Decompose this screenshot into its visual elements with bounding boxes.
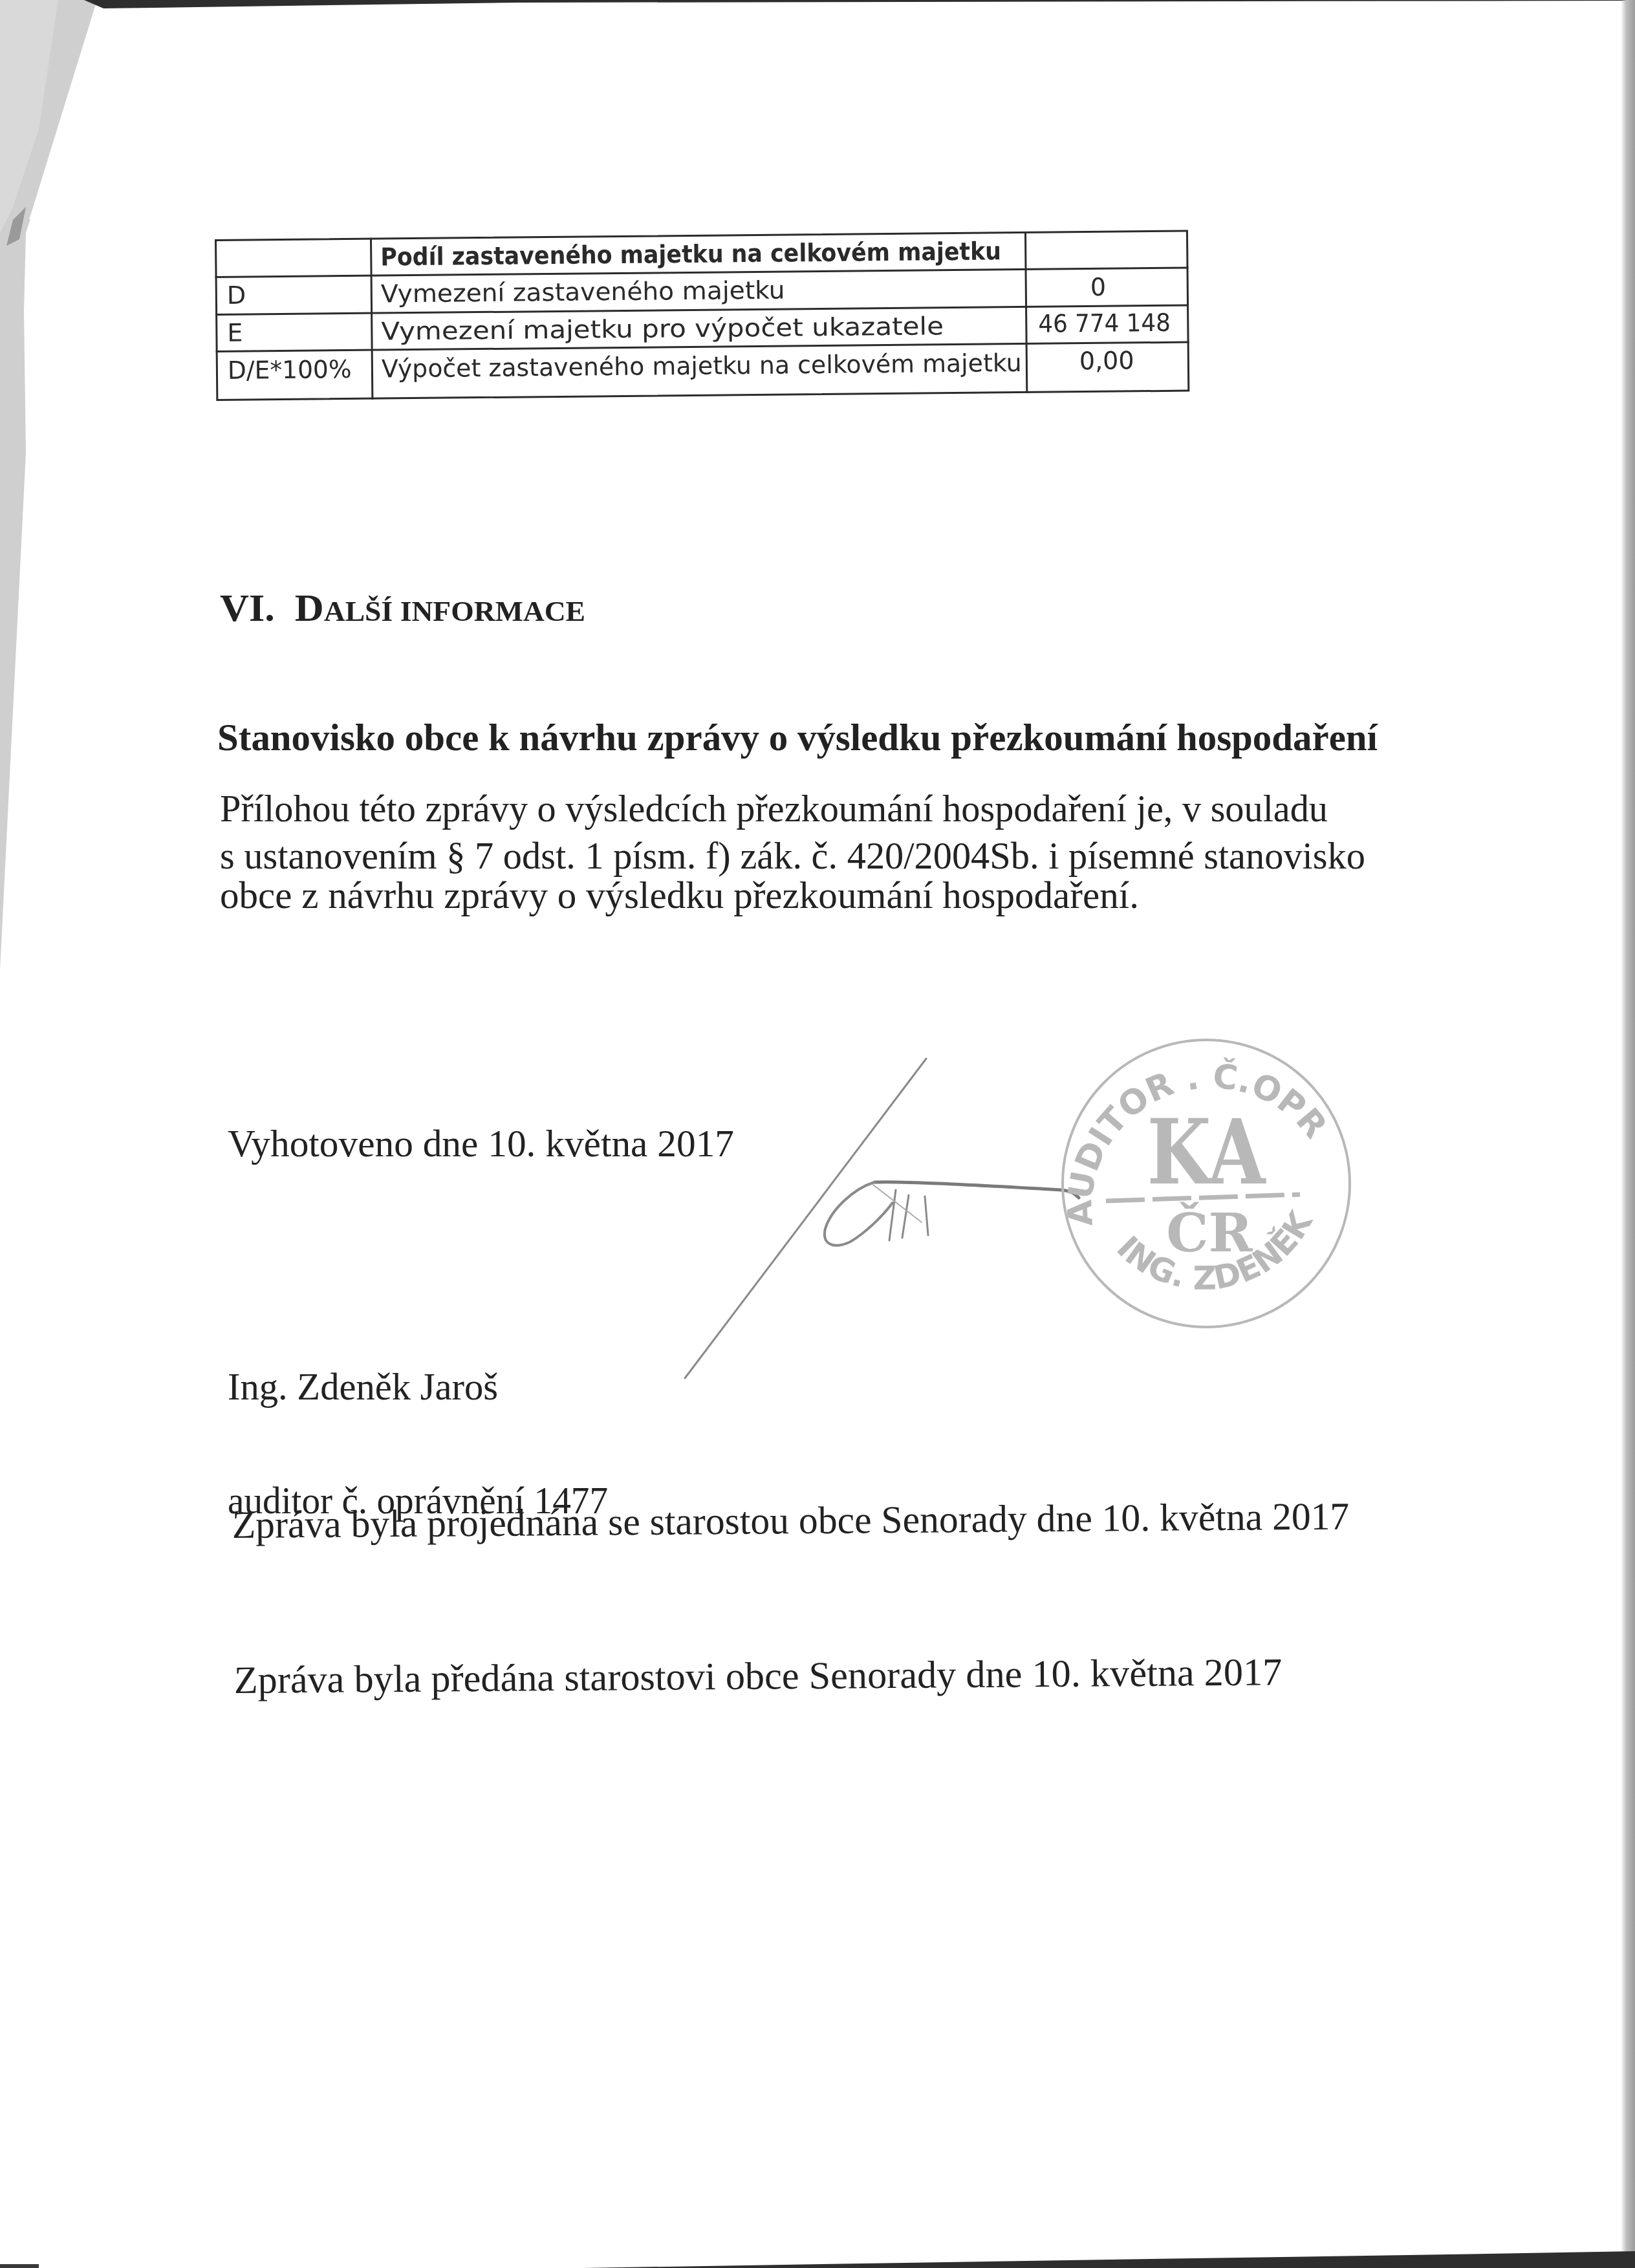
section-title-rest: ALŠÍ INFORMACE (324, 596, 585, 627)
row-code: D/E*100% (228, 357, 352, 383)
paragraph-line: Přílohou této zprávy o výsledcích přezko… (220, 789, 1328, 828)
scanned-page: Podíl zastaveného majetku na celkovém ma… (0, 0, 1635, 2268)
paragraph-line: obce z návrhu zprávy o výsledku přezkoum… (220, 876, 1139, 914)
stamp-center-bottom: ČR (1166, 1202, 1253, 1264)
auditor-name: Ing. Zdeněk Jaroš (228, 1367, 498, 1406)
prepared-date: Vyhotoveno dne 10. května 2017 (228, 1124, 734, 1163)
handover-statement: Zpráva byla předána starostovi obce Seno… (234, 1652, 1283, 1700)
auditor-stamp: AUDITOR . Č.OPRÁV.1477 ING. ZDENĚK JAROŠ… (1054, 1031, 1358, 1335)
header-label: Podíl zastaveného majetku na celkovém ma… (380, 239, 1001, 269)
scan-shadow-top (0, 0, 1635, 26)
row-value: 46 774 148 (1038, 310, 1171, 336)
stamp-center-top: KA (1147, 1099, 1267, 1204)
scan-shadow-bottom (0, 2242, 1635, 2268)
row-value: 0,00 (1079, 348, 1134, 373)
pledged-assets-table: Podíl zastaveného majetku na celkovém ma… (215, 230, 1189, 401)
row-label: Vymezení majetku pro výpočet ukazatele (381, 314, 944, 343)
row-label: Vymezení zastaveného majetku (381, 278, 785, 307)
section-title-initial: D (295, 587, 324, 629)
section-number: VI. (220, 587, 275, 629)
paragraph-line: s ustanovením § 7 odst. 1 písm. f) zák. … (220, 836, 1365, 875)
discussed-statement: Zpráva byla projednána se starostou obce… (232, 1496, 1350, 1544)
section-heading: VI. DALŠÍ INFORMACE (220, 589, 585, 627)
row-code: D (227, 283, 246, 308)
scan-shadow-left (0, 0, 168, 1099)
row-value: 0 (1090, 275, 1107, 299)
row-code: E (227, 321, 243, 345)
statement-heading: Stanovisko obce k návrhu zprávy o výsled… (217, 718, 1378, 757)
scan-shadow-right (1621, 0, 1635, 2268)
row-label: Výpočet zastaveného majetku na celkovém … (382, 351, 1022, 381)
